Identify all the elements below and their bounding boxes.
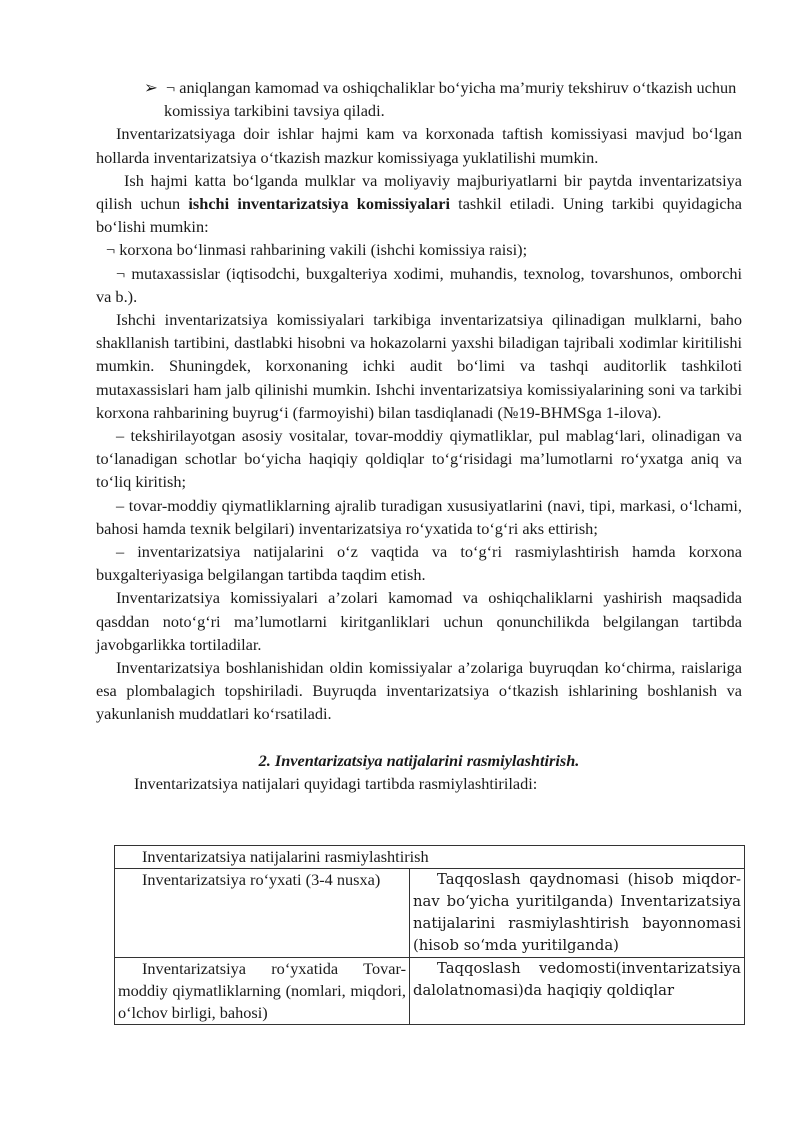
paragraph-liability: Inventarizatsiya komissiyalari a’zolari …: [96, 586, 742, 656]
arrow-bullet-icon: ➢: [144, 76, 166, 99]
paragraph-before-start: Inventarizatsiya boshlanishidan oldin ko…: [96, 656, 742, 726]
bullet-item-text: ¬ aniqlangan kamomad va oshiqchaliklar b…: [164, 78, 736, 120]
table-intro: Inventarizatsiya natijalari quyidagi tar…: [96, 772, 742, 795]
table-row: Inventarizatsiya ro‘yxatida Tovar-moddiy…: [115, 958, 745, 1025]
cell-content: Inventarizatsiya ro‘yxatida Tovar-moddiy…: [118, 958, 406, 1024]
table-row: Inventarizatsiya ro‘yxati (3-4 nusxa) Ta…: [115, 869, 745, 958]
table-header-row: Inventarizatsiya natijalarini rasmiylash…: [115, 846, 745, 869]
table-cell-right: Taqqoslash vedomosti(inventarizatsiya da…: [410, 958, 745, 1025]
paragraph-working-commissions: Ish hajmi katta bo‘lganda mulklar va mol…: [96, 169, 742, 239]
cell-content: Taqqoslash vedomosti(inventarizatsiya da…: [413, 958, 741, 1024]
table-cell-left: Inventarizatsiya ro‘yxati (3-4 nusxa): [115, 869, 410, 958]
duty-item: – tovar-moddiy qiymatliklarning ajralib …: [96, 494, 742, 540]
composition-item: ¬ mutaxassislar (iqtisodchi, buxgalteriy…: [96, 262, 742, 308]
table-cell-right: Taqqoslash qaydnomasi (hisob miqdor-nav …: [410, 869, 745, 958]
duty-item: – inventarizatsiya natijalarini o‘z vaqt…: [96, 540, 742, 586]
bullet-item: ➢¬ aniqlangan kamomad va oshiqchaliklar …: [96, 76, 742, 122]
section-heading: 2. Inventarizatsiya natijalarini rasmiyl…: [96, 749, 742, 772]
document-page: ➢¬ aniqlangan kamomad va oshiqchaliklar …: [96, 76, 742, 795]
table-header-cell: Inventarizatsiya natijalarini rasmiylash…: [115, 846, 745, 869]
results-table: Inventarizatsiya natijalarini rasmiylash…: [114, 845, 745, 1025]
composition-item: ¬ korxona bo‘linmasi rahbarining vakili …: [96, 238, 742, 261]
paragraph-audit-commission: Inventarizatsiyaga doir ishlar hajmi kam…: [96, 122, 742, 168]
duty-item: – tekshirilayotgan asosiy vositalar, tov…: [96, 424, 742, 494]
paragraph-commission-members: Ishchi inventarizatsiya komissiyalari ta…: [96, 308, 742, 424]
table-cell-left: Inventarizatsiya ro‘yxatida Tovar-moddiy…: [115, 958, 410, 1025]
bold-term: ishchi inventarizatsiya komissiyalari: [188, 194, 450, 213]
